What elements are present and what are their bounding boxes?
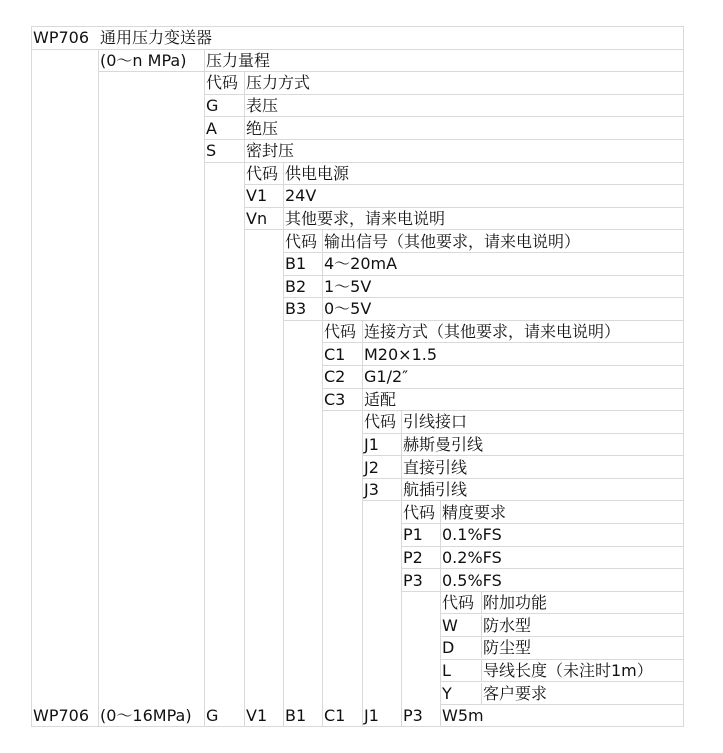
option-row: C3 适配	[32, 388, 684, 411]
option-row: J2 直接引线	[32, 456, 684, 479]
pressure-mode-header: 代码 压力方式	[32, 72, 684, 95]
option-row: D防尘型	[32, 637, 684, 660]
model-name: 通用压力变送器	[99, 27, 684, 50]
option-row: L导线长度（未注时1m）	[32, 659, 684, 682]
option-row: P1 0.1%FS	[32, 524, 684, 547]
range-code: (0～n MPa)	[99, 49, 205, 72]
option-row: B2 1～5V	[32, 275, 684, 298]
extras-header: 代码附加功能	[32, 591, 684, 614]
connection-header: 代码 连接方式（其他要求，请来电说明）	[32, 320, 684, 343]
option-row: J3 航插引线	[32, 478, 684, 501]
option-row: B3 0～5V	[32, 298, 684, 321]
range-label: 压力量程	[205, 49, 684, 72]
output-header: 代码 输出信号（其他要求，请来电说明）	[32, 230, 684, 253]
option-row: B1 4～20mA	[32, 252, 684, 275]
option-row: C2 G1/2″	[32, 365, 684, 388]
example-row: WP706 (0～16MPa) G V1 B1 C1 J1 P3 W5m	[32, 704, 684, 727]
lead-header: 代码 引线接口	[32, 411, 684, 434]
power-header: 代码 供电电源	[32, 162, 684, 185]
option-row: Vn 其他要求，请来电说明	[32, 207, 684, 230]
option-row: P3 0.5%FS	[32, 569, 684, 592]
option-row: G 表压	[32, 94, 684, 117]
option-row: A 绝压	[32, 117, 684, 140]
model-selection-table: WP706 通用压力变送器 (0～n MPa) 压力量程 代码 压力方式 G 表…	[31, 26, 684, 727]
option-row: S 密封压	[32, 139, 684, 162]
option-row: P2 0.2%FS	[32, 546, 684, 569]
option-row: V1 24V	[32, 185, 684, 208]
model-code: WP706	[32, 27, 99, 50]
option-row: Y客户要求	[32, 682, 684, 705]
accuracy-header: 代码 精度要求	[32, 501, 684, 524]
option-row: J1 赫斯曼引线	[32, 433, 684, 456]
option-row: W防水型	[32, 614, 684, 637]
option-row: C1 M20×1.5	[32, 343, 684, 366]
title-row: WP706 通用压力变送器	[32, 27, 684, 50]
range-row: (0～n MPa) 压力量程	[32, 49, 684, 72]
